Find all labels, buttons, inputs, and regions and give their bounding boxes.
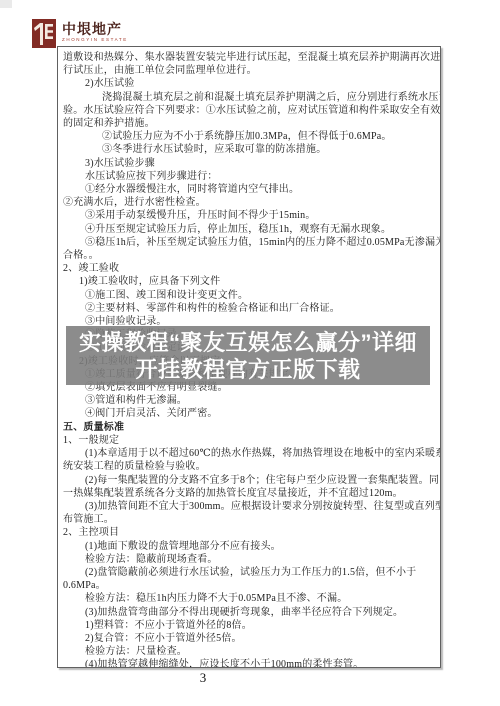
text-line: 2、主控项目 (63, 526, 435, 539)
text-line: (2)每一集配装置的分支路不宜多于8个；住宅每户至少应设置一套集配装置。同 (63, 474, 435, 487)
text-line: ④阀门开启灵活、关闭严密。 (63, 407, 435, 420)
text-line: ②充满水后，进行水密性检查。 (63, 196, 435, 209)
text-line: 浇捣混凝土填充层之前和混凝土填充层养护期满之后，应分别进行系统水压试 (63, 91, 435, 104)
text-line: ②试验压力应为不小于系统静压加0.3MPa，但不得低于0.6MPa。 (63, 130, 435, 143)
text-line: ④升压至规定试验压力后，停止加压，稳压1h，观察有无漏水现象。 (63, 223, 435, 236)
text-line: 2)水压试验 (63, 77, 435, 90)
text-line: (2)盘管隐蔽前必须进行水压试验，试验压力为工作压力的1.5倍，但不小于 (63, 566, 435, 579)
text-line: 1、一般规定 (63, 434, 435, 447)
text-line: ③采用手动泵缓慢升压，升压时间不得少于15min。 (63, 209, 435, 222)
text-line: ①施工图、竣工图和设计变更文件。 (63, 289, 435, 302)
text-line: ②主要材料、零部件和构件的检验合格证和出厂合格证。 (63, 302, 435, 315)
page-number: 3 (190, 670, 216, 686)
text-line: 2)复合管：不应小于管道外径5倍。 (63, 632, 435, 645)
text-line: ①经分水器缓慢注水，同时将管道内空气排出。 (63, 183, 435, 196)
text-line: 行试压止，由施工单位会同监理单位进行。 (63, 64, 435, 77)
text-line: 3)水压试验步骤 (63, 157, 435, 170)
spam-overlay-line2: 开挂教程官方正版下载 (135, 356, 360, 383)
text-line: 的固定和养护措施。 (63, 117, 435, 130)
text-line: (3)加热管间距不宜大于300mm。应根据设计要求分别按旋转型、往复型或直列型 (63, 500, 435, 513)
text-line: 检验方法：隐蔽前现场查看。 (63, 553, 435, 566)
text-line: 1)竣工验收时，应具备下列文件 (63, 275, 435, 288)
text-line: 检验方法：尺量检查。 (63, 645, 435, 658)
text-line: ③冬季进行水压试验时，应采取可靠的防冻措施。 (63, 143, 435, 156)
text-line: ⑤稳压1h后，补压至规定试验压力值，15min内的压力降不超过0.05MPa无渗… (63, 236, 435, 249)
text-line: ③管道和构件无渗漏。 (63, 394, 435, 407)
text-line: 1)塑料管：不应小于管道外径的8倍。 (63, 619, 435, 632)
spam-overlay-line1: 实操教程“聚友互娱怎么赢分”详细 (79, 329, 417, 356)
text-line: (4)加热管穿越伸缩缝处，应设长度不小于100mm的柔性套管。 (63, 658, 435, 668)
text-line: 统安装工程的质量检验与验收。 (63, 460, 435, 473)
text-line: (3)加热盘管弯曲部分不得出现硬折弯现象，曲率半径应符合下列规定。 (63, 606, 435, 619)
document-page: 中垠地产 ZHONGYIN ESTATE 道敷设和热媒分、集水器装置安装完毕进行… (0, 0, 500, 706)
text-line: 合格。。 (63, 249, 435, 262)
scan-artifact (0, 0, 12, 8)
text-line: 检验方法：稳压1h内压力降不大于0.05MPa且不渗、不漏。 (63, 592, 435, 605)
spam-overlay-banner: 实操教程“聚友互娱怎么赢分”详细 开挂教程官方正版下载 (66, 326, 430, 385)
company-name-english: ZHONGYIN ESTATE (62, 37, 128, 43)
company-logo: 中垠地产 ZHONGYIN ESTATE (32, 19, 128, 48)
text-line: 验。水压试验应符合下列要求：①水压试验之前，应对试压管道和构件采取安全有效 (63, 104, 435, 117)
text-line: 水压试验应按下列步骤进行： (63, 170, 435, 183)
text-line: 2、竣工验收 (63, 262, 435, 275)
text-line: 道敷设和热媒分、集水器装置安装完毕进行试压起，至混凝土填充层养护期满再次进 (63, 51, 435, 64)
section-heading: 五、质量标准 (63, 421, 435, 434)
text-line: 布管施工。 (63, 513, 435, 526)
text-line: 一热媒集配装置系统各分支路的加热管长度宜尽量接近，并不宜超过120m。 (63, 487, 435, 500)
zhongyin-logo-icon (32, 19, 56, 48)
text-line: 0.6MPa。 (63, 579, 435, 592)
text-line: (1)地面下敷设的盘管埋地部分不应有接头。 (63, 540, 435, 553)
text-line: (1)本章适用于以不超过60℃的热水作热媒，将加热管埋设在地板中的室内采暖系 (63, 447, 435, 460)
company-name: 中垠地产 (62, 22, 128, 36)
